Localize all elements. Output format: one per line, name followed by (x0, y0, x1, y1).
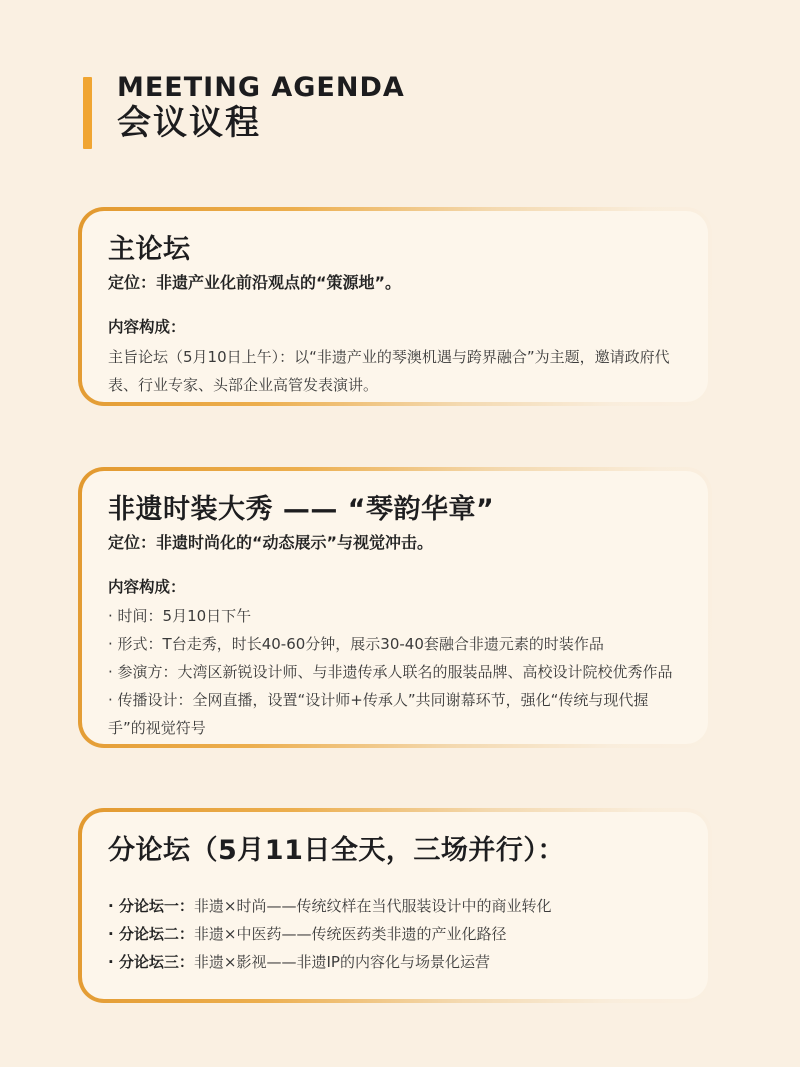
bullet-list-sub-forums: · 分论坛一：非遗×时尚——传统纹样在当代服装设计中的商业转化 · 分论坛二：非… (108, 892, 682, 976)
card-title-main-forum: 主论坛 (108, 233, 682, 267)
card-sub-forums-inner: 分论坛（5月11日全天，三场并行）： · 分论坛一：非遗×时尚——传统纹样在当代… (82, 812, 708, 999)
card-sub-forums: 分论坛（5月11日全天，三场并行）： · 分论坛一：非遗×时尚——传统纹样在当代… (78, 808, 712, 1003)
header-titles: MEETING AGENDA 会议议程 (117, 73, 405, 149)
agenda-header: MEETING AGENDA 会议议程 (83, 73, 405, 149)
bullet-communication: · 传播设计：全网直播，设置“设计师+传承人”共同谢幕环节，强化“传统与现代握手… (108, 686, 682, 742)
card-fashion-show-inner: 非遗时装大秀 —— “琴韵华章” 定位：非遗时尚化的“动态展示”与视觉冲击。 内… (82, 471, 708, 744)
accent-bar (83, 77, 92, 149)
card-main-forum: 主论坛 定位：非遗产业化前沿观点的“策源地”。 内容构成： 主旨论坛（5月10日… (78, 207, 712, 406)
page-title-en: MEETING AGENDA (117, 73, 405, 103)
card-title-fashion-show: 非遗时装大秀 —— “琴韵华章” (108, 493, 682, 527)
sub-forum-1: · 分论坛一：非遗×时尚——传统纹样在当代服装设计中的商业转化 (108, 892, 682, 920)
bullet-list-fashion-show: · 时间：5月10日下午 · 形式：T台走秀，时长40-60分钟，展示30-40… (108, 602, 682, 742)
card-main-forum-inner: 主论坛 定位：非遗产业化前沿观点的“策源地”。 内容构成： 主旨论坛（5月10日… (82, 211, 708, 402)
section-label-fashion-show: 内容构成： (108, 576, 682, 598)
positioning-fashion-show: 定位：非遗时尚化的“动态展示”与视觉冲击。 (108, 531, 682, 555)
bullet-participants: · 参演方：大湾区新锐设计师、与非遗传承人联名的服装品牌、高校设计院校优秀作品 (108, 658, 682, 686)
sub-forum-2-text: 非遗×中医药——传统医药类非遗的产业化路径 (194, 925, 507, 943)
body-main-forum: 主旨论坛（5月10日上午）：以“非遗产业的琴澳机遇与跨界融合”为主题，邀请政府代… (108, 343, 682, 399)
page-title-zh: 会议议程 (117, 104, 405, 142)
card-title-sub-forums: 分论坛（5月11日全天，三场并行）： (108, 834, 682, 868)
sub-forum-2-label: · 分论坛二： (108, 925, 194, 943)
card-fashion-show: 非遗时装大秀 —— “琴韵华章” 定位：非遗时尚化的“动态展示”与视觉冲击。 内… (78, 467, 712, 748)
sub-forum-3-label: · 分论坛三： (108, 953, 194, 971)
sub-forum-3-text: 非遗×影视——非遗IP的内容化与场景化运营 (194, 953, 490, 971)
bullet-time: · 时间：5月10日下午 (108, 602, 682, 630)
sub-forum-1-text: 非遗×时尚——传统纹样在当代服装设计中的商业转化 (194, 897, 552, 915)
sub-forum-1-label: · 分论坛一： (108, 897, 194, 915)
positioning-main-forum: 定位：非遗产业化前沿观点的“策源地”。 (108, 271, 682, 295)
sub-forum-2: · 分论坛二：非遗×中医药——传统医药类非遗的产业化路径 (108, 920, 682, 948)
section-label-main-forum: 内容构成： (108, 316, 682, 338)
sub-forum-3: · 分论坛三：非遗×影视——非遗IP的内容化与场景化运营 (108, 948, 682, 976)
bullet-format: · 形式：T台走秀，时长40-60分钟，展示30-40套融合非遗元素的时装作品 (108, 630, 682, 658)
